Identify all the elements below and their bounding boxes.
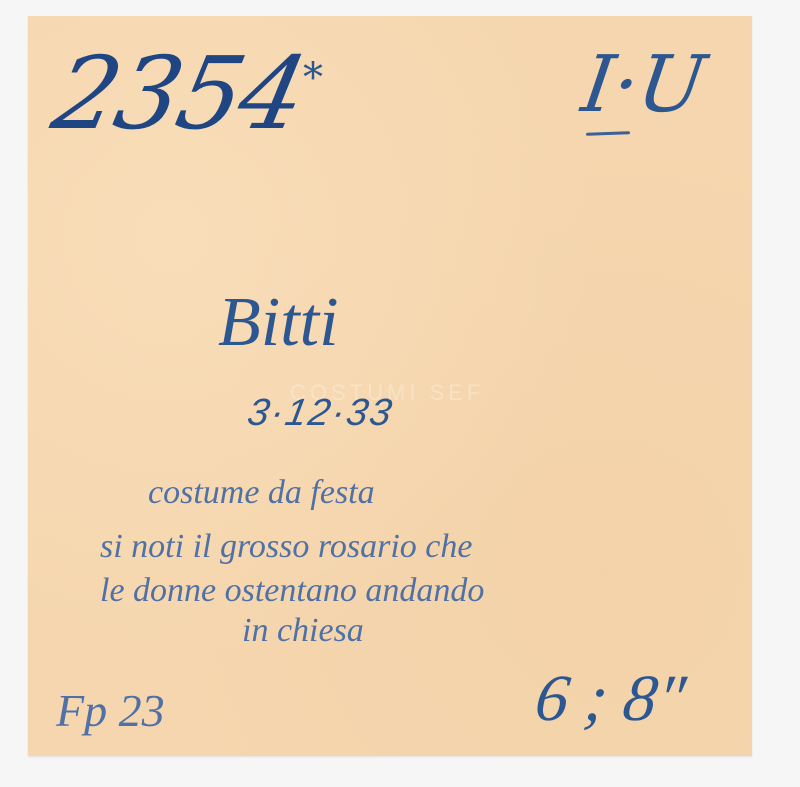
series-code-underline: [586, 131, 630, 136]
note-line: in chiesa: [242, 614, 364, 648]
note-line: costume da festa: [148, 476, 375, 510]
shelfmark: Fp 23: [56, 688, 165, 734]
plate-format: 6 ; 8": [531, 666, 689, 732]
note-line: le donne ostentano andando: [100, 574, 484, 608]
asterisk-mark-icon: *: [303, 58, 323, 98]
series-code: I·U: [578, 46, 710, 124]
archive-index-card: 2354 * I·U Bitti 3·12·33 COSTUMI SEF cos…: [28, 16, 752, 756]
catalog-number: 2354: [45, 44, 313, 144]
watermark: COSTUMI SEF: [290, 380, 484, 406]
scan-background: 2354 * I·U Bitti 3·12·33 COSTUMI SEF cos…: [0, 0, 800, 787]
note-line: si noti il grosso rosario che: [100, 530, 472, 564]
place-name: Bitti: [218, 288, 339, 358]
